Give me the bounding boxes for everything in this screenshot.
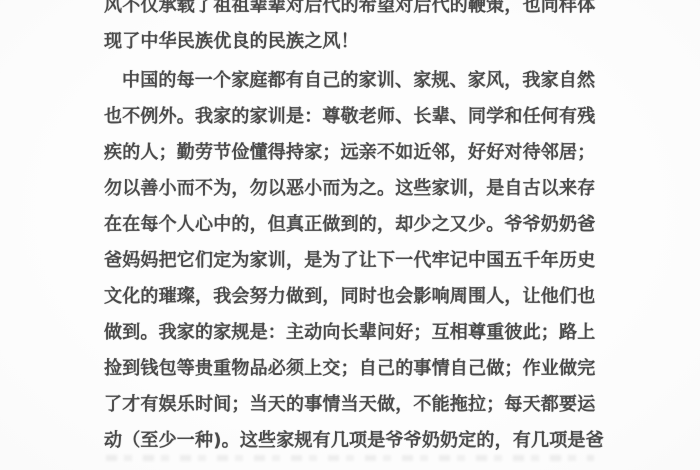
text-line: 疾的人；勤劳节俭懂得持家；远亲不如近邻，好好对待邻居； (104, 135, 598, 171)
essay-paragraph: 风不仅承载了祖祖辈辈对后代的希望对后代的鞭策，也同样体 现了中华民族优良的民族之… (104, 0, 598, 60)
text-line-clipped-bottom (106, 455, 594, 461)
essay-paragraph: 中国的每一个家庭都有自己的家训、家规、家风，我家自然 也不例外。我家的家训是：尊… (104, 63, 598, 459)
essay-text-block: 风不仅承载了祖祖辈辈对后代的希望对后代的鞭策，也同样体 现了中华民族优良的民族之… (104, 0, 598, 459)
text-line: 动（至少一种)。这些家规有几项是爷爷奶奶定的，有几项是爸 (104, 423, 598, 459)
text-line: 捡到钱包等贵重物品必须上交；自己的事情自己做；作业做完 (104, 351, 598, 387)
text-line: 了才有娱乐时间；当天的事情当天做，不能拖拉；每天都要运 (104, 387, 598, 423)
text-line: 现了中华民族优良的民族之风！ (104, 24, 598, 60)
text-line: 爸妈妈把它们定为家训，是为了让下一代牢记中国五千年历史 (104, 243, 598, 279)
text-line: 勿以善小而不为，勿以恶小而为之。这些家训，是自古以来存 (104, 171, 598, 207)
text-line: 做到。我家的家规是：主动向长辈问好；互相尊重彼此；路上 (104, 315, 598, 351)
text-line-paragraph-start: 中国的每一个家庭都有自己的家训、家规、家风，我家自然 (104, 63, 598, 99)
photographed-essay-page: 风不仅承载了祖祖辈辈对后代的希望对后代的鞭策，也同样体 现了中华民族优良的民族之… (0, 0, 700, 470)
text-line: 文化的璀璨，我会努力做到，同时也会影响周围人，让他们也 (104, 279, 598, 315)
text-line: 也不例外。我家的家训是：尊敬老师、长辈、同学和任何有残 (104, 99, 598, 135)
text-line: 在在每个人心中的，但真正做到的，却少之又少。爷爷奶奶爸 (104, 207, 598, 243)
text-line-clipped-top: 风不仅承载了祖祖辈辈对后代的希望对后代的鞭策，也同样体 (104, 0, 598, 24)
